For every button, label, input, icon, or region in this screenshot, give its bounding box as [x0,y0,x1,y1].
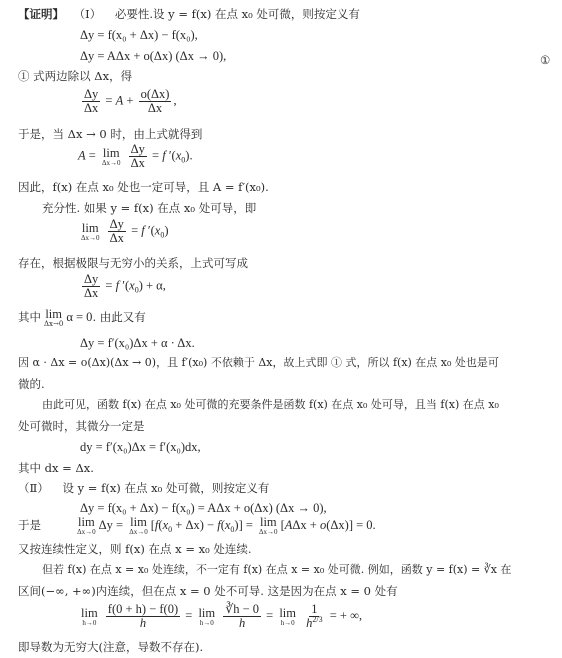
eq-divided: ΔyΔx = A + o(Δx)Δx, [80,88,177,115]
limit-operator: limΔx→0 [102,147,121,167]
since-alpha-text: 因 α · Δx = o(Δx)(Δx → 0)，且 f′(x₀) 不依赖于 Δ… [18,356,499,370]
proof-intro-line: 【证明】 （Ⅰ） 必要性.设 y = f(x) 在点 x₀ 处可微，则按定义有 [18,7,360,21]
eq-alpha: ΔyΔx = f ′(x0) + α, [80,273,166,300]
limit-operator: limΔx→0 [259,516,278,536]
necessity-title: 必要性. [115,7,153,21]
differential-is-text: 处可微时，其微分一定是 [18,419,145,433]
sufficiency-title: 充分性. [42,201,80,215]
fraction-cbrt: ∛h − 0h [223,603,261,630]
proof-label: 【证明】 [18,7,64,21]
differentiable-word: 微的. [18,377,45,391]
eq-dy-differential: Δy = AΔx + o(Δx) (Δx → 0), [80,49,550,63]
fraction-dy-dx: ΔyΔx [82,88,100,115]
part2-text: 设 y = f(x) 在点 x₀ 处可微，则按定义有 [62,481,269,495]
part2-line: （Ⅱ） 设 y = f(x) 在点 x₀ 处可微，则按定义有 [18,481,269,495]
eq-dy-definition: Δy = f(x₀ + Δx) − f(x₀), [80,28,198,42]
eq-part2-dy: Δy = f(x₀ + Δx) − f(x₀) = AΔx + o(Δx) (Δ… [80,501,327,515]
limit-operator: limh→0 [81,607,98,627]
fraction-difference-quotient: f(0 + h) − f(0)h [106,603,180,630]
fraction-o-dx: o(Δx)Δx [139,88,172,115]
eq-part2-limit: 于是 limΔx→0Δy = limΔx→0[f(x0 + Δx) − f(x0… [18,516,376,536]
fraction-one-over-h: 1h2/3 [304,603,324,630]
eq-dy-differential-text: Δy = AΔx + o(Δx) (Δx → 0), [80,49,226,63]
fraction-dy-dx: ΔyΔx [108,218,126,245]
dx-equals-text: 其中 dx = Δx. [18,461,94,475]
continuity-text: 又按连续性定义，则 f(x) 在点 x = x₀ 处连续. [18,542,252,556]
eq-dy-alpha: Δy = f′(x₀)Δx + α · Δx. [80,336,195,350]
eq-A-limit: A = limΔx→0 ΔyΔx = f ′(x0). [78,143,193,170]
equivalence-text: 由此可见，函数 f(x) 在点 x₀ 处可微的充要条件是函数 f(x) 在点 x… [42,398,499,412]
necessity-text: 设 y = f(x) 在点 x₀ 处可微，则按定义有 [153,7,360,21]
differentiable-conclusion: 因此，f(x) 在点 x₀ 处也一定可导，且 A = f′(x₀). [18,180,269,194]
limit-operator: limΔx→0 [129,516,148,536]
sufficiency-line: 充分性. 如果 y = f(x) 在点 x₀ 处可导，即 [42,201,256,215]
limit-infinitesimal-text: 存在，根据极限与无穷小的关系，上式可写成 [18,256,248,270]
eq-derivative-limit: limΔx→0 ΔyΔx = f ′(x0) [78,218,169,245]
limit-operator: limh→0 [198,607,215,627]
interval-text: 区间(−∞, +∞)内连续，但在点 x = 0 处不可导. 这是因为在点 x =… [18,584,398,598]
divide-by-dx-text: ① 式两边除以 Δx，得 [18,69,132,83]
limit-operator: limΔx→0 [81,222,100,242]
limit-operator: limΔx→0 [77,516,96,536]
infinite-derivative-note: 即导数为无穷大(注意，导数不存在). [18,640,203,654]
limit-operator: limΔx→0 [44,308,63,328]
counterexample-text: 但若 f(x) 在点 x = x₀ 处连续，不一定有 f(x) 在点 x = x… [42,563,511,577]
eq-counterexample: limh→0 f(0 + h) − f(0)h = limh→0 ∛h − 0h… [78,603,362,630]
then-text: 于是，当 Δx → 0 时，由上式就得到 [18,127,202,141]
limit-operator: limh→0 [279,607,296,627]
eq-differential: dy = f′(x₀)Δx = f′(x₀)dx, [80,440,201,454]
fraction-dy-dx: ΔyΔx [129,143,147,170]
sufficiency-text: 如果 y = f(x) 在点 x₀ 处可导，即 [84,201,256,215]
alpha-limit-line: 其中limΔx→0α = 0. 由此又有 [18,308,146,328]
part2-tag: （Ⅱ） [18,481,49,495]
part1-tag: （Ⅰ） [74,7,102,21]
fraction-dy-dx: ΔyΔx [82,273,100,300]
equation-number-1: ① [540,53,550,67]
